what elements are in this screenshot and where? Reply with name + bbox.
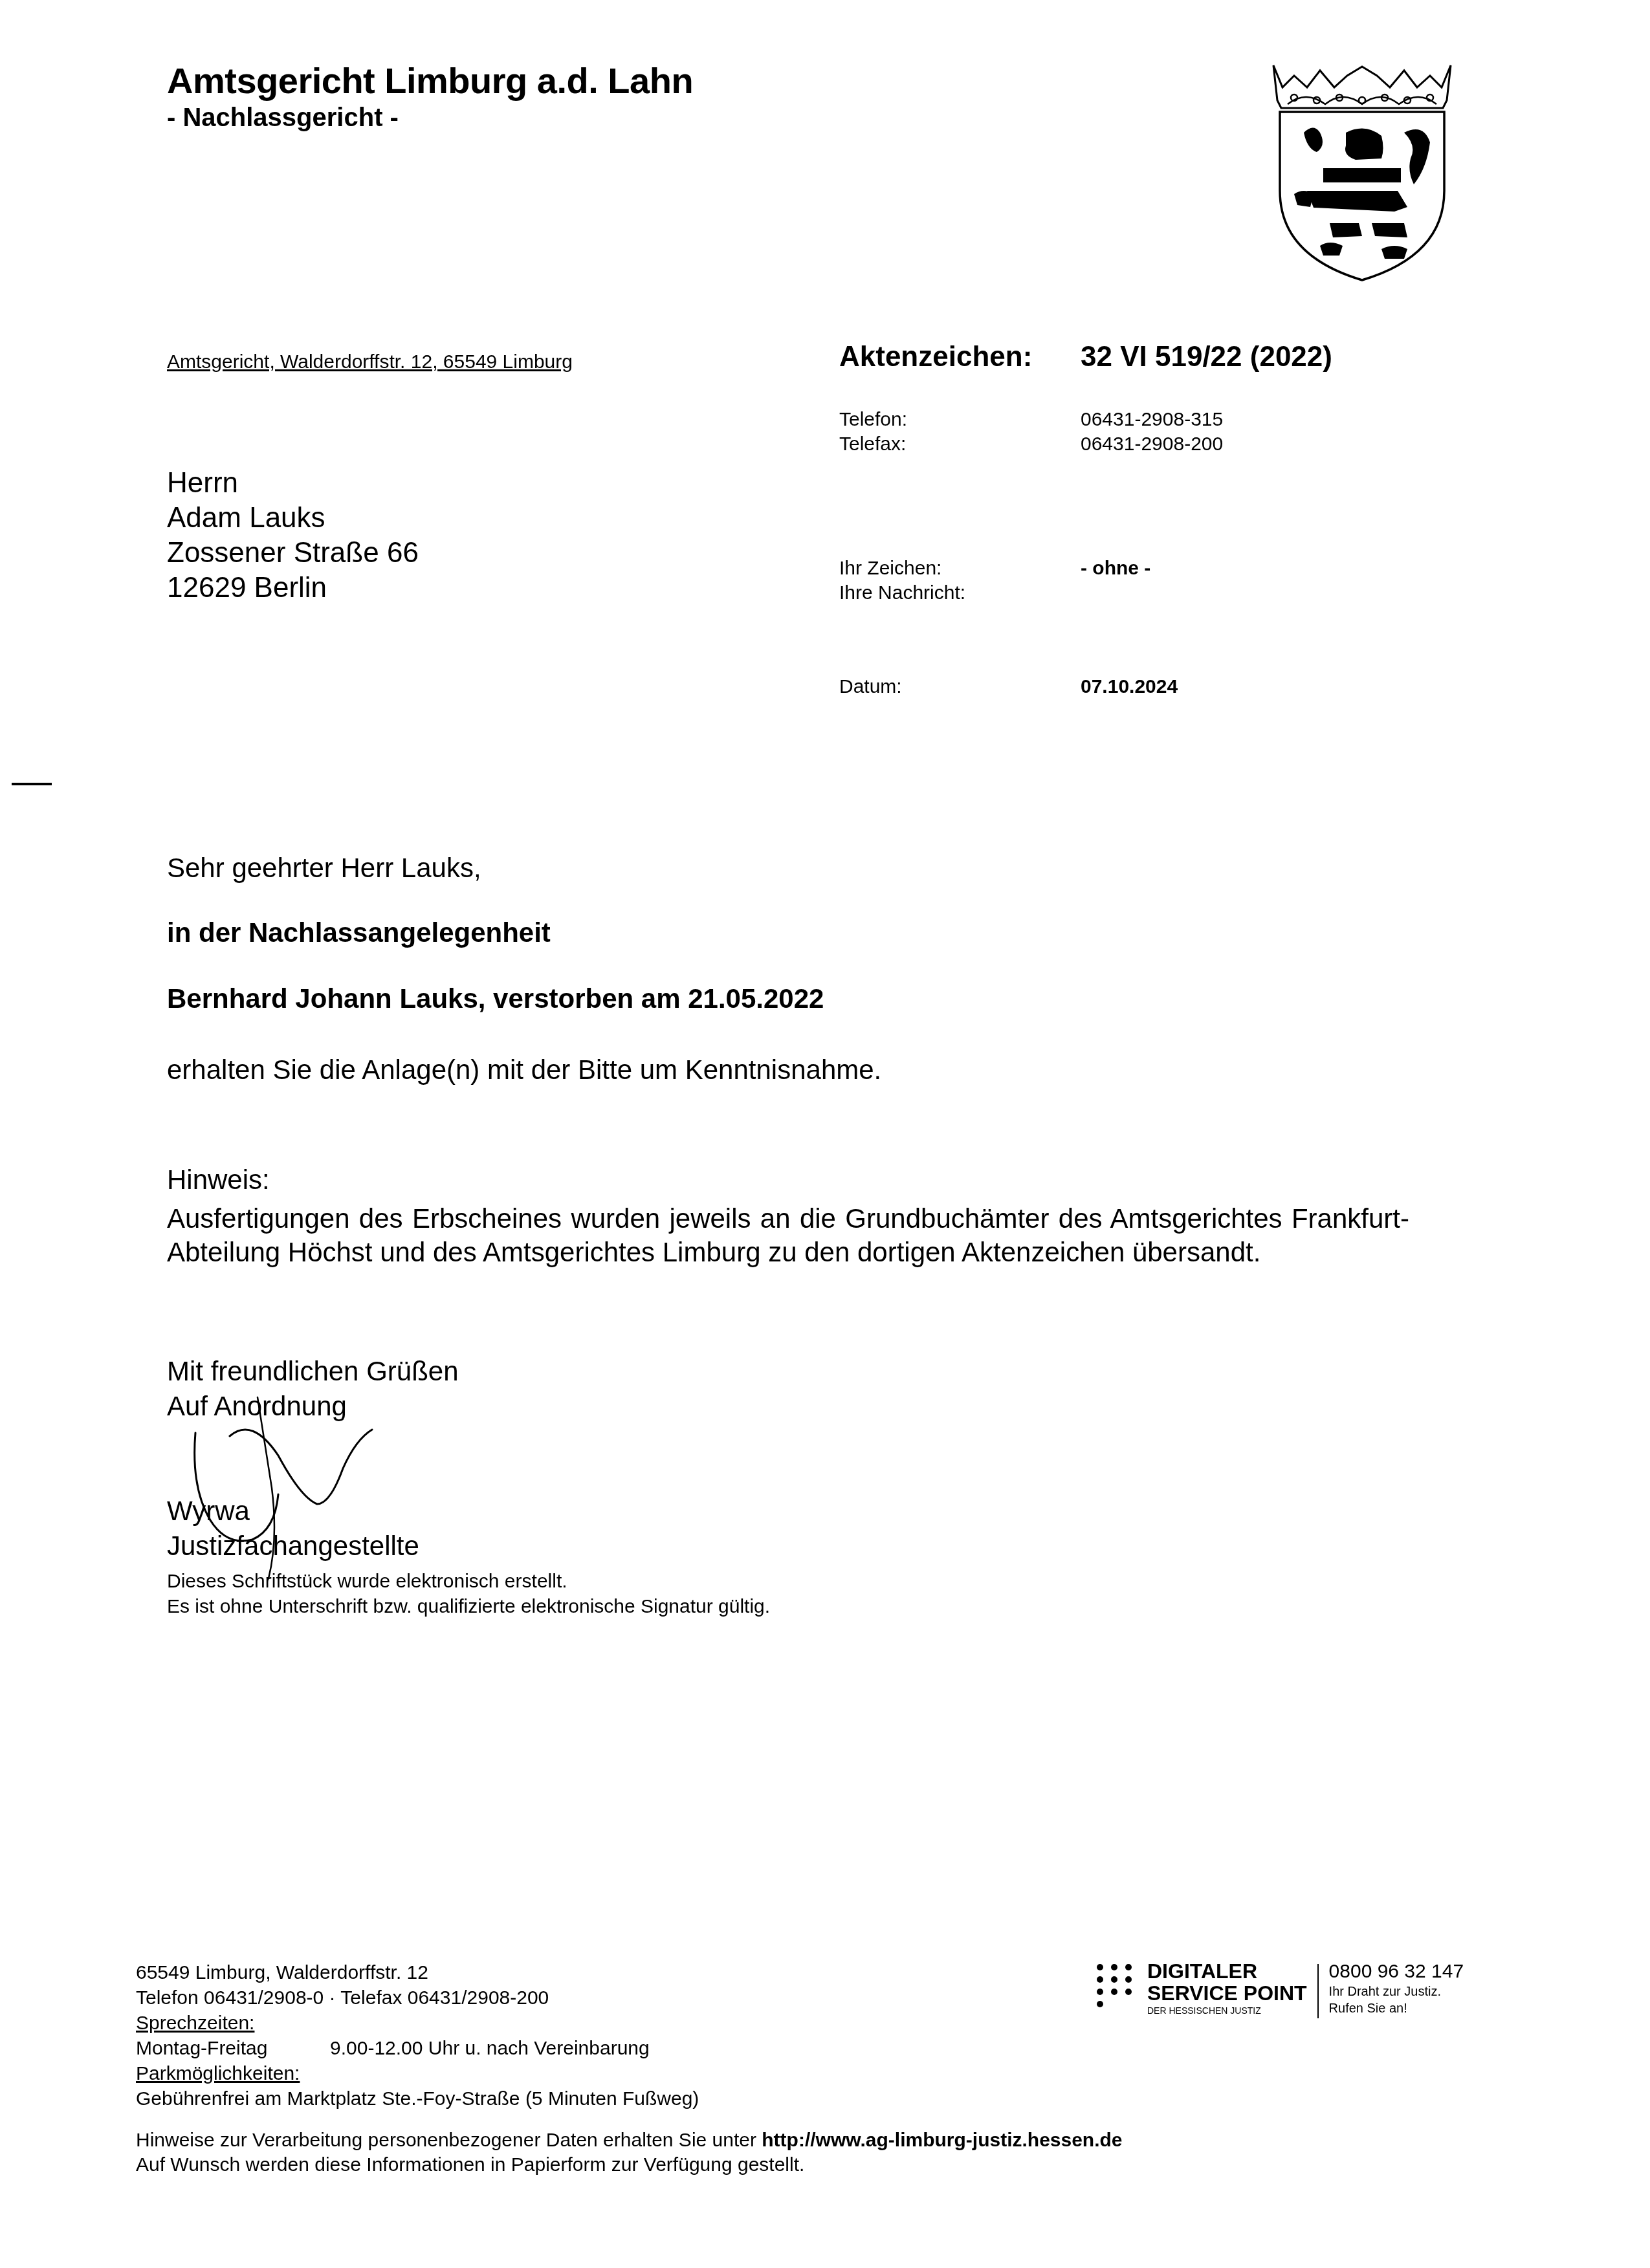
handwritten-signature-icon — [155, 1391, 479, 1585]
datum-label: Datum: — [839, 676, 902, 698]
closing-phrase: Mit freundlichen Grüßen — [167, 1354, 459, 1389]
office-hours-label: Sprechzeiten: — [136, 2011, 699, 2036]
office-hours-row: Montag-Freitag 9.00-12.00 Uhr u. nach Ve… — [136, 2036, 699, 2061]
digital-service-point: DIGITALER SERVICE POINT DER HESSISCHEN J… — [1097, 1960, 1464, 2025]
ihr-zeichen-value: - ohne - — [1081, 558, 1150, 580]
letter-body: erhalten Sie die Anlage(n) mit der Bitte… — [167, 1054, 881, 1085]
parking-label: Parkmöglichkeiten: — [136, 2061, 699, 2086]
recipient-address: Herrn Adam Lauks Zossener Straße 66 1262… — [167, 466, 419, 605]
greeting: Sehr geehrter Herr Lauks, — [167, 853, 481, 884]
paper-notice: Auf Wunsch werden diese Informationen in… — [136, 2153, 1123, 2177]
recipient-salutation: Herrn — [167, 466, 419, 501]
privacy-notice: Hinweise zur Verarbeitung personenbezoge… — [136, 2128, 1123, 2177]
telefax-label: Telefax: — [839, 433, 906, 455]
electronic-notice: Dieses Schriftstück wurde elektronisch e… — [167, 1569, 770, 1619]
hinweis-text: Ausfertigungen des Erbscheines wurden je… — [167, 1202, 1409, 1269]
service-point-phone: 0800 96 32 147 — [1329, 1960, 1464, 1983]
ihr-zeichen-label: Ihr Zeichen: — [839, 558, 941, 580]
telefon-value: 06431-2908-315 — [1081, 409, 1223, 431]
matter-subject: Bernhard Johann Lauks, verstorben am 21.… — [167, 983, 824, 1014]
aktenzeichen-label: Aktenzeichen: — [839, 341, 1032, 373]
hessen-coat-of-arms-icon — [1268, 61, 1456, 285]
electronic-notice-line-1: Dieses Schriftstück wurde elektronisch e… — [167, 1569, 770, 1594]
service-point-contact: 0800 96 32 147 Ihr Draht zur Justiz. Ruf… — [1329, 1960, 1464, 2017]
office-hours-days: Montag-Freitag — [136, 2036, 330, 2061]
footer-contact: 65549 Limburg, Walderdorffstr. 12 Telefo… — [136, 1960, 699, 2111]
service-point-divider — [1317, 1964, 1319, 2018]
service-point-name: DIGITALER SERVICE POINT DER HESSISCHEN J… — [1147, 1960, 1307, 2017]
fold-mark — [12, 783, 52, 785]
matter-intro: in der Nachlassangelegenheit — [167, 917, 551, 948]
datum-value: 07.10.2024 — [1081, 676, 1178, 698]
recipient-city: 12629 Berlin — [167, 571, 419, 605]
parking-text: Gebührenfrei am Marktplatz Ste.-Foy-Stra… — [136, 2086, 699, 2111]
court-department: - Nachlassgericht - — [167, 104, 399, 133]
return-address-line: Amtsgericht, Walderdorffstr. 12, 65549 L… — [167, 351, 573, 373]
service-point-dots-icon — [1097, 1964, 1134, 2007]
electronic-notice-line-2: Es ist ohne Unterschrift bzw. qualifizie… — [167, 1594, 770, 1619]
telefax-value: 06431-2908-200 — [1081, 433, 1223, 455]
court-name: Amtsgericht Limburg a.d. Lahn — [167, 60, 693, 102]
privacy-link[interactable]: http://www.ag-limburg-justiz.hessen.de — [762, 2130, 1122, 2151]
recipient-street: Zossener Straße 66 — [167, 536, 419, 571]
footer-phones: Telefon 06431/2908-0 · Telefax 06431/290… — [136, 1985, 699, 2011]
footer-address: 65549 Limburg, Walderdorffstr. 12 — [136, 1960, 699, 1985]
privacy-text: Hinweise zur Verarbeitung personenbezoge… — [136, 2130, 756, 2151]
recipient-name: Adam Lauks — [167, 501, 419, 536]
aktenzeichen-value: 32 VI 519/22 (2022) — [1081, 341, 1332, 373]
hinweis-label: Hinweis: — [167, 1164, 270, 1195]
telefon-label: Telefon: — [839, 409, 907, 431]
ihre-nachricht-label: Ihre Nachricht: — [839, 582, 965, 604]
office-hours-time: 9.00-12.00 Uhr u. nach Vereinbarung — [330, 2036, 650, 2061]
